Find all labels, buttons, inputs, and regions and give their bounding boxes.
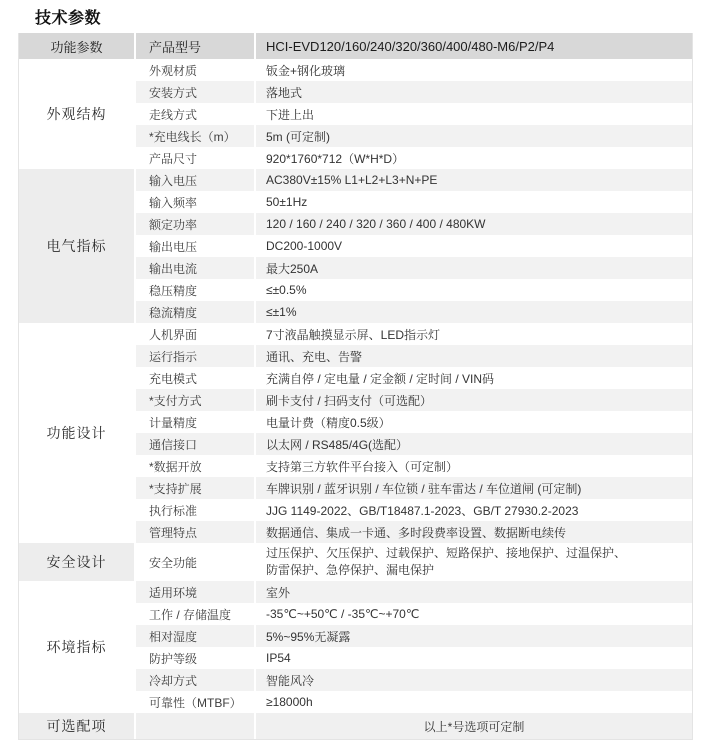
spec-label: 通信接口	[136, 433, 256, 455]
spec-label: 安全功能	[136, 543, 256, 581]
spec-label: *支持扩展	[136, 477, 256, 499]
spec-value: 5%~95%无凝露	[256, 625, 692, 647]
spec-label: 输出电压	[136, 235, 256, 257]
spec-value: 以太网 / RS485/4G(选配）	[256, 433, 692, 455]
spec-value: 下进上出	[256, 103, 692, 125]
spec-value: 刷卡支付 / 扫码支付（可选配）	[256, 389, 692, 411]
section-label: 功能设计	[19, 323, 136, 543]
spec-table-header: 功能参数 产品型号 HCI-EVD120/160/240/320/360/400…	[19, 33, 692, 59]
spec-label: 计量精度	[136, 411, 256, 433]
section-label: 安全设计	[19, 543, 136, 581]
spec-label: 输入电压	[136, 169, 256, 191]
spec-value: 智能风冷	[256, 669, 692, 691]
table-row: 外观结构外观材质钣金+钢化玻璃	[19, 59, 692, 81]
section-label: 环境指标	[19, 581, 136, 713]
spec-value: DC200-1000V	[256, 235, 692, 257]
spec-label: 防护等级	[136, 647, 256, 669]
spec-value: 50±1Hz	[256, 191, 692, 213]
spec-label: 人机界面	[136, 323, 256, 345]
spec-value: 充满自停 / 定电量 / 定金额 / 定时间 / VIN码	[256, 367, 692, 389]
spec-label: 稳流精度	[136, 301, 256, 323]
spec-label: 安装方式	[136, 81, 256, 103]
spec-table-body: 外观结构外观材质钣金+钢化玻璃安装方式落地式走线方式下进上出*充电线长（m）5m…	[19, 59, 692, 713]
spec-value: ≥18000h	[256, 691, 692, 713]
table-row: 环境指标适用环境室外	[19, 581, 692, 603]
header-row: 功能参数 产品型号 HCI-EVD120/160/240/320/360/400…	[19, 33, 692, 59]
spec-sheet-page: 技术参数 功能参数 产品型号 HCI-EVD120/160/240/320/36…	[0, 0, 707, 749]
page-title: 技术参数	[35, 5, 101, 28]
section-label: 外观结构	[19, 59, 136, 169]
spec-label: *支付方式	[136, 389, 256, 411]
spec-label: 输出电流	[136, 257, 256, 279]
spec-value: 通讯、充电、告警	[256, 345, 692, 367]
spec-label: 适用环境	[136, 581, 256, 603]
spec-label: *充电线长（m）	[136, 125, 256, 147]
spec-table: 功能参数 产品型号 HCI-EVD120/160/240/320/360/400…	[18, 33, 693, 740]
spec-label: 运行指示	[136, 345, 256, 367]
spec-value: 电量计费（精度0.5级）	[256, 411, 692, 433]
spec-value: 室外	[256, 581, 692, 603]
spec-label: 执行标准	[136, 499, 256, 521]
spec-value: ≤±1%	[256, 301, 692, 323]
spec-label: 充电模式	[136, 367, 256, 389]
spec-value: 7寸液晶触摸显示屏、LED指示灯	[256, 323, 692, 345]
spec-label: *数据开放	[136, 455, 256, 477]
spec-label: 走线方式	[136, 103, 256, 125]
spec-value: 过压保护、欠压保护、过载保护、短路保护、接地保护、过温保护、 防雷保护、急停保护…	[256, 543, 692, 581]
table-row: 功能设计人机界面7寸液晶触摸显示屏、LED指示灯	[19, 323, 692, 345]
spec-value: 120 / 160 / 240 / 320 / 360 / 400 / 480K…	[256, 213, 692, 235]
spec-label: 输入频率	[136, 191, 256, 213]
footer-section-label: 可选配项	[19, 713, 136, 739]
spec-value: AC380V±15% L1+L2+L3+N+PE	[256, 169, 692, 191]
spec-value: 落地式	[256, 81, 692, 103]
spec-table-footer: 可选配项 以上*号选项可定制	[19, 713, 692, 739]
spec-label: 管理特点	[136, 521, 256, 543]
spec-label: 可靠性（MTBF）	[136, 691, 256, 713]
spec-value: JJG 1149-2022、GB/T18487.1-2023、GB/T 2793…	[256, 499, 692, 521]
spec-value: 车牌识别 / 蓝牙识别 / 车位锁 / 驻车雷达 / 车位道闸 (可定制)	[256, 477, 692, 499]
spec-label: 外观材质	[136, 59, 256, 81]
spec-value: 920*1760*712（W*H*D）	[256, 147, 692, 169]
footer-row: 可选配项 以上*号选项可定制	[19, 713, 692, 739]
spec-value: 数据通信、集成一卡通、多时段费率设置、数据断电续传	[256, 521, 692, 543]
header-cell-model-value: HCI-EVD120/160/240/320/360/400/480-M6/P2…	[256, 33, 692, 59]
footer-note: 以上*号选项可定制	[256, 713, 692, 739]
spec-value: 5m (可定制)	[256, 125, 692, 147]
spec-value: IP54	[256, 647, 692, 669]
spec-value: ≤±0.5%	[256, 279, 692, 301]
spec-label: 冷却方式	[136, 669, 256, 691]
spec-label: 产品尺寸	[136, 147, 256, 169]
header-cell-param: 功能参数	[19, 33, 136, 59]
footer-empty-cell	[136, 713, 256, 739]
table-row: 电气指标输入电压AC380V±15% L1+L2+L3+N+PE	[19, 169, 692, 191]
spec-value: 钣金+钢化玻璃	[256, 59, 692, 81]
header-cell-model: 产品型号	[136, 33, 256, 59]
spec-value: -35℃~+50℃ / -35℃~+70℃	[256, 603, 692, 625]
spec-label: 工作 / 存储温度	[136, 603, 256, 625]
table-row: 安全设计安全功能过压保护、欠压保护、过载保护、短路保护、接地保护、过温保护、 防…	[19, 543, 692, 581]
section-label: 电气指标	[19, 169, 136, 323]
spec-label: 相对湿度	[136, 625, 256, 647]
spec-value: 支持第三方软件平台接入（可定制）	[256, 455, 692, 477]
spec-label: 稳压精度	[136, 279, 256, 301]
spec-value: 最大250A	[256, 257, 692, 279]
spec-label: 额定功率	[136, 213, 256, 235]
